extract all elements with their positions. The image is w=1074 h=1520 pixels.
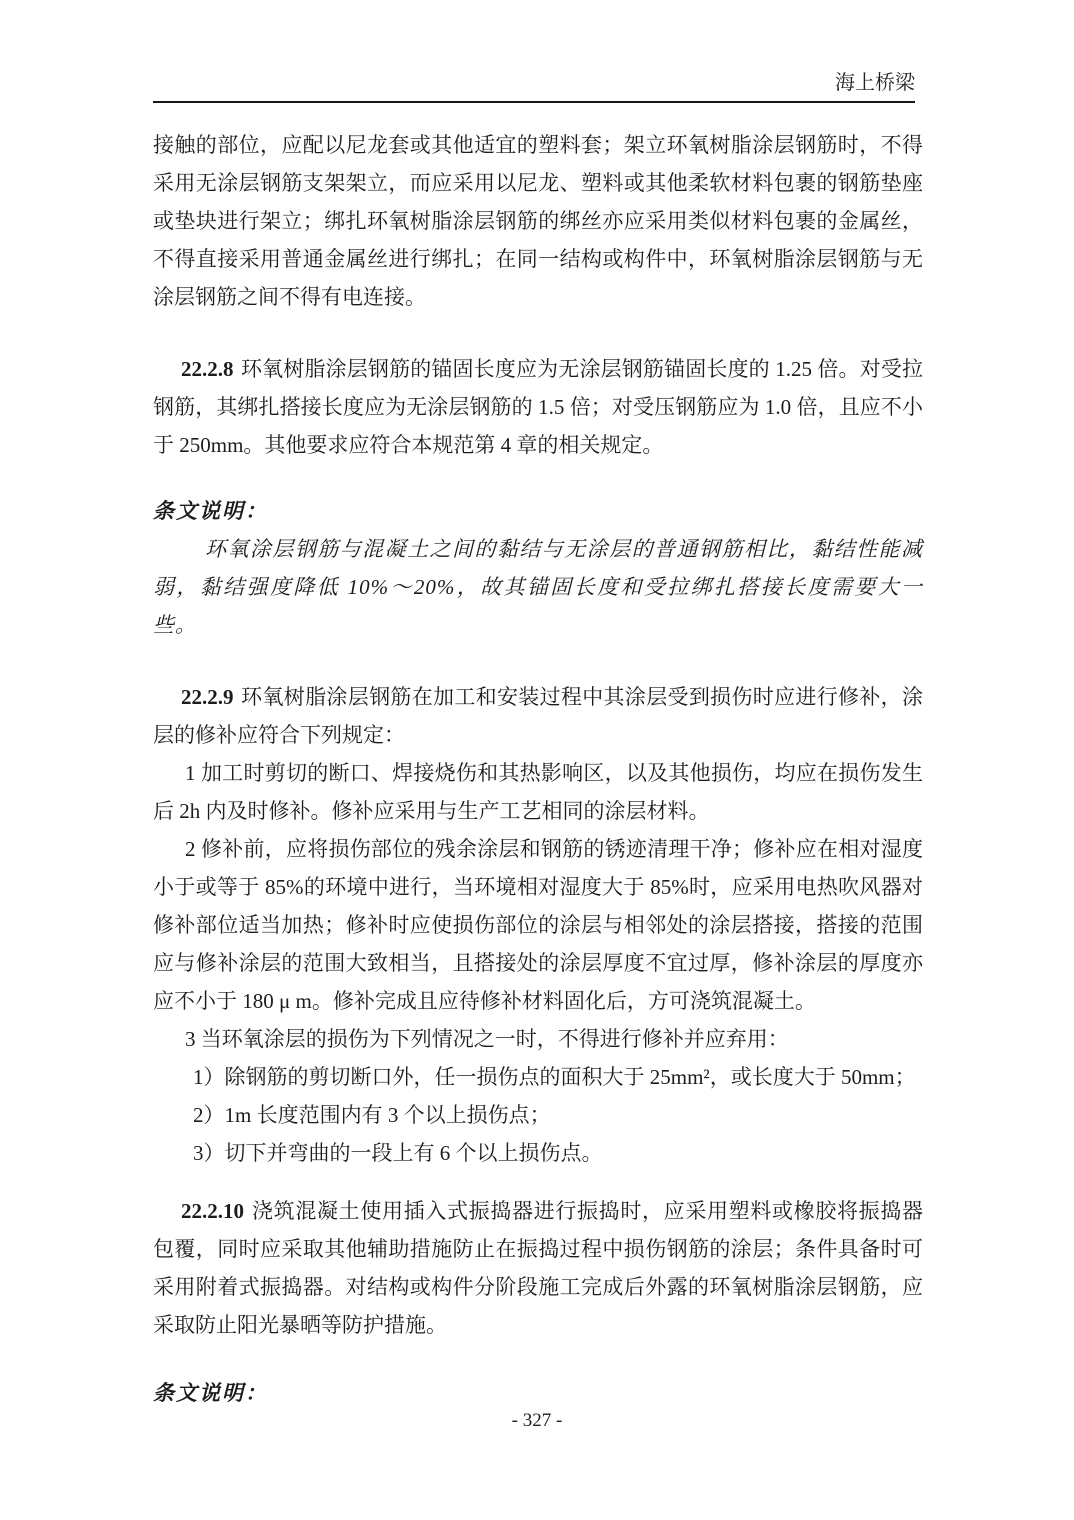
commentary-text-1: 环氧涂层钢筋与混凝土之间的黏结与无涂层的普通钢筋相比，黏结性能减弱，黏结强度降低… bbox=[153, 530, 923, 644]
clause-22-2-10: 22.2.10浇筑混凝土使用插入式振捣器进行振捣时，应采用塑料或橡胶将振捣器包覆… bbox=[153, 1192, 923, 1344]
paragraph-continued-from-previous-page: 接触的部位，应配以尼龙套或其他适宜的塑料套；架立环氧树脂涂层钢筋时，不得采用无涂… bbox=[153, 126, 923, 316]
page-header: 海上桥梁 bbox=[153, 70, 915, 96]
header-rule bbox=[153, 101, 915, 103]
document-page: 海上桥梁 接触的部位，应配以尼龙套或其他适宜的塑料套；架立环氧树脂涂层钢筋时，不… bbox=[0, 0, 1074, 1520]
clause-text: 浇筑混凝土使用插入式振捣器进行振捣时，应采用塑料或橡胶将振捣器包覆，同时应采取其… bbox=[153, 1199, 923, 1337]
clause-22-2-9-subitem-3: 3）切下并弯曲的一段上有 6 个以上损伤点。 bbox=[153, 1134, 923, 1172]
page-footer: - 327 - bbox=[0, 1402, 1074, 1440]
running-head-title: 海上桥梁 bbox=[835, 72, 915, 94]
clause-22-2-9: 22.2.9环氧树脂涂层钢筋在加工和安装过程中其涂层受到损伤时应进行修补，涂层的… bbox=[153, 678, 923, 754]
clause-text: 环氧树脂涂层钢筋的锚固长度应为无涂层钢筋锚固长度的 1.25 倍。对受拉钢筋，其… bbox=[153, 357, 923, 457]
clause-22-2-9-item-2: 2 修补前，应将损伤部位的残余涂层和钢筋的锈迹清理干净；修补应在相对湿度小于或等… bbox=[153, 830, 923, 1020]
clause-number: 22.2.8 bbox=[181, 357, 234, 381]
clause-22-2-9-subitem-1: 1）除钢筋的剪切断口外，任一损伤点的面积大于 25mm²，或长度大于 50mm； bbox=[153, 1058, 923, 1096]
clause-22-2-9-item-3: 3 当环氧涂层的损伤为下列情况之一时，不得进行修补并应弃用： bbox=[153, 1020, 923, 1058]
clause-22-2-9-item-1: 1 加工时剪切的断口、焊接烧伤和其热影响区，以及其他损伤，均应在损伤发生后 2h… bbox=[153, 754, 923, 830]
commentary-label-1: 条文说明： bbox=[153, 492, 923, 530]
clause-number: 22.2.10 bbox=[181, 1199, 244, 1223]
clause-text: 环氧树脂涂层钢筋在加工和安装过程中其涂层受到损伤时应进行修补，涂层的修补应符合下… bbox=[153, 685, 923, 747]
page-number: - 327 - bbox=[512, 1410, 563, 1431]
clause-22-2-9-subitem-2: 2）1m 长度范围内有 3 个以上损伤点； bbox=[153, 1096, 923, 1134]
clause-number: 22.2.9 bbox=[181, 685, 234, 709]
clause-22-2-8: 22.2.8环氧树脂涂层钢筋的锚固长度应为无涂层钢筋锚固长度的 1.25 倍。对… bbox=[153, 350, 923, 464]
document-body: 接触的部位，应配以尼龙套或其他适宜的塑料套；架立环氧树脂涂层钢筋时，不得采用无涂… bbox=[153, 126, 923, 1412]
